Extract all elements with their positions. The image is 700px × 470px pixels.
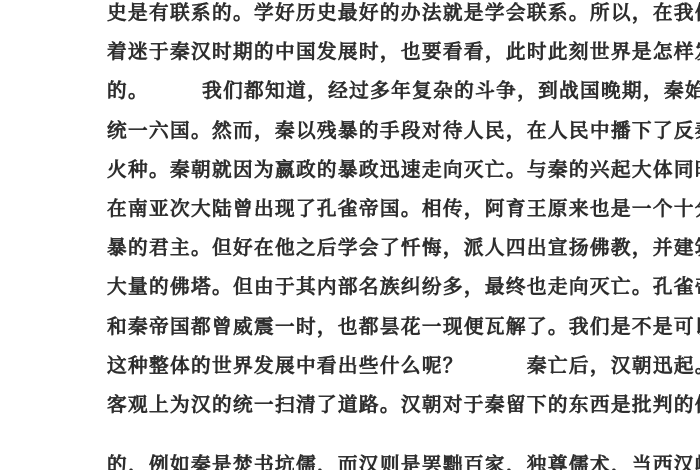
text-line-10: 这种整体的世界发展中看出些什么呢？ 秦亡后，汉朝迅起。秦在: [107, 354, 607, 378]
text-line-3: 的。 我们都知道，经过多年复杂的斗争，到战国晚期，秦始皇: [107, 79, 607, 103]
text-line-5: 火种。秦朝就因为嬴政的暴政迅速走向灭亡。与秦的兴起大体同时，: [107, 158, 607, 182]
text-line-1: 史是有联系的。学好历史最好的办法就是学会联系。所以，在我们正: [107, 1, 607, 25]
document-page: 史是有联系的。学好历史最好的办法就是学会联系。所以，在我们正 着迷于秦汉时期的中…: [0, 0, 700, 470]
text-line-4: 统一六国。然而，秦以残暴的手段对待人民，在人民中播下了反秦的: [107, 119, 607, 143]
text-line-8: 大量的佛塔。但由于其内部名族纠纷多，最终也走向灭亡。孔雀帝国: [107, 275, 607, 299]
text-line-2: 着迷于秦汉时期的中国发展时，也要看看，此时此刻世界是怎样发展: [107, 40, 607, 64]
text-line-7: 暴的君主。但好在他之后学会了忏悔，派人四出宣扬佛教，并建筑了: [107, 236, 607, 260]
text-line-9: 和秦帝国都曾威震一时，也都昙花一现便瓦解了。我们是不是可以从: [107, 315, 607, 339]
text-line-6: 在南亚次大陆曾出现了孔雀帝国。相传，阿育王原来也是一个十分残: [107, 197, 607, 221]
text-line-11: 客观上为汉的统一扫清了道路。汉朝对于秦留下的东西是批判的传承: [107, 393, 607, 417]
text-line-12: 的，例如秦是焚书坑儒，而汉则是罢黜百家，独尊儒术，当西汉屹立: [107, 453, 607, 470]
